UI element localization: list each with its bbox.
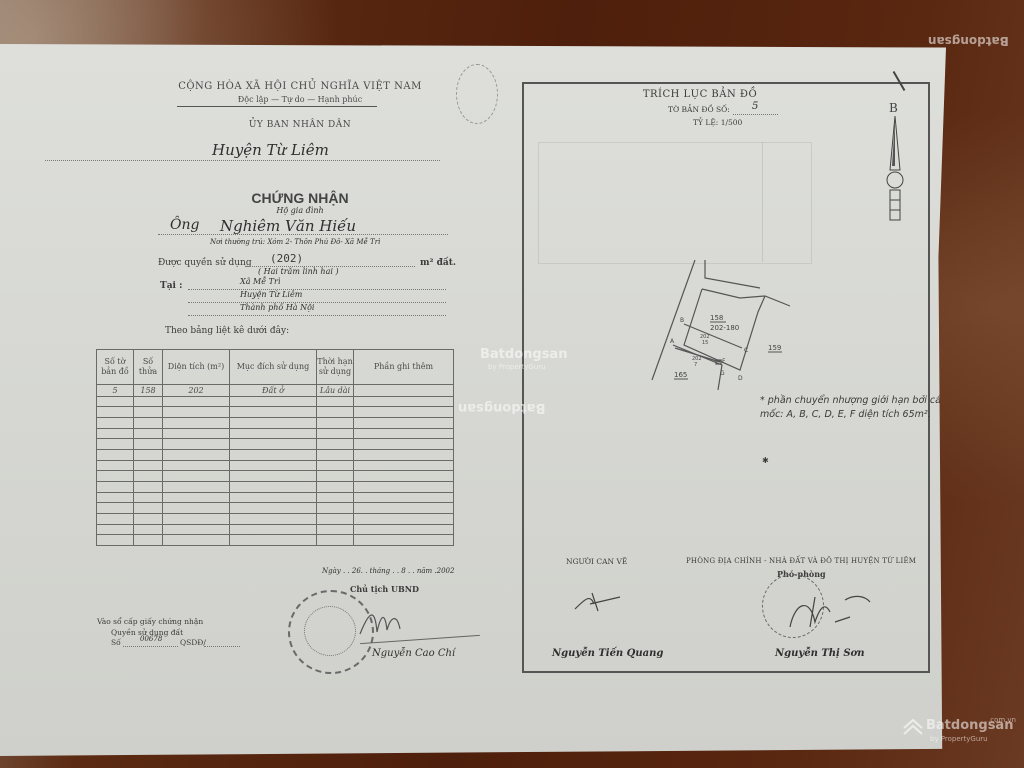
registry-dotline-2 [204,646,240,647]
district-name: Huyện Từ Liêm [212,141,329,159]
watermark-batdongsan-flipped: Batdongsan [458,400,545,415]
col-area: Diện tích (m²) [163,350,230,385]
map-extract-title: TRÍCH LỤC BẢN ĐỒ [600,89,800,100]
area-unit: m² đất. [420,258,456,268]
surveyor-title: NGƯỜI CAN VẼ [566,557,627,566]
table-row: 5 158 202 Đất ở Lâu dài [97,385,454,397]
watermark-bottom-sub: by PropertyGuru [930,735,988,743]
parcel-sketch-diagram: 158 202-180 202 15 202 7 159 165 B A C F… [640,260,810,390]
svg-text:15: 15 [702,340,708,346]
surveyor-name: Nguyễn Tiến Quang [552,648,663,659]
table-row-empty [97,407,454,418]
svg-text:G: G [720,370,725,377]
svg-text:202-180: 202-180 [710,324,739,332]
table-row-empty [97,450,454,461]
residence-text: Nơi thường trú: Xóm 2- Thôn Phú Đô- Xã M… [210,238,380,246]
table-row-empty [97,503,454,514]
svg-text:F: F [722,358,726,365]
national-header: CỘNG HÒA XÃ HỘI CHỦ NGHĨA VIỆT NAM [150,81,450,92]
table-row-empty [97,418,454,429]
registry-line-1: Vào sổ cấp giấy chứng nhận [97,617,203,626]
svg-text:C: C [744,347,748,354]
svg-text:7: 7 [694,362,697,368]
sheet-dotline [733,114,778,115]
official-signature-icon [785,592,875,632]
table-row-empty [97,428,454,439]
signer-title: Chủ tịch UBND [350,584,419,594]
office-title: PHÒNG ĐỊA CHÍNH - NHÀ ĐẤT VÀ ĐÔ THỊ HUYỆ… [686,557,916,565]
certificate-subtitle: Hộ gia đình [150,206,450,215]
official-name: Nguyễn Thị Sơn [775,648,864,659]
owner-prefix: Ông [170,217,199,233]
table-row-empty [97,439,454,450]
cell-duration: Lâu dài [317,385,354,397]
area-value: (202) [270,252,303,265]
faint-bleedthrough-table [538,142,812,264]
svg-text:D: D [738,375,743,382]
national-motto: Độc lập — Tự do — Hạnh phúc [150,95,450,104]
surveyor-signature-icon [570,589,630,614]
registry-suffix: QSDĐ/ [180,638,206,647]
faint-seal-stamp [456,64,498,124]
parcel-number: 158 [710,314,723,322]
issue-date: Ngày . . 26. . tháng . . 8 . . năm .2002 [322,567,454,575]
watermark-sub: by PropertyGuru [488,363,546,371]
svg-text:A: A [670,338,675,345]
signer-name: Nguyễn Cao Chí [372,648,455,659]
location-city: Thành phố Hà Nội [240,303,314,312]
col-purpose: Mục đích sử dụng [230,350,317,385]
chairman-signature-icon [355,604,415,639]
table-row-empty [97,492,454,503]
pen-mark-speck: ✱ [762,456,769,465]
svg-text:B: B [889,101,898,115]
district-dotline [45,160,440,161]
certificate-title: CHỨNG NHẬN [150,190,450,206]
table-header-row: Số tờ bản đồ Số thửa Diện tích (m²) Mục … [97,350,454,385]
location-commune: Xã Mễ Trì [240,277,280,286]
list-intro: Theo bảng liệt kê dưới đây: [165,326,289,336]
table-row-empty [97,460,454,471]
sheet-number: 5 [752,101,758,112]
location-district: Huyện Từ Liêm [240,290,302,299]
svg-text:159: 159 [768,344,781,352]
location-dotline-2 [188,302,446,303]
cell-area: 202 [163,385,230,397]
cell-parcel: 158 [134,385,163,397]
watermark-batdongsan: Batdongsan [480,347,567,362]
cell-notes [354,385,454,397]
sheet-label: TỜ BẢN ĐỒ SỐ: [668,105,730,114]
col-map-sheet: Số tờ bản đồ [97,350,134,385]
right-label: Được quyền sử dụng [158,258,252,268]
col-parcel: Số thửa [134,350,163,385]
registry-dotline-1 [123,646,178,647]
watermark-bottom-right: Batdongsan [926,718,1013,733]
area-words: ( Hai trăm linh hai ) [258,267,339,276]
batdongsan-logo-icon [902,718,924,736]
watermark-top-right: Batdongsan [928,34,1009,48]
owner-dotline [158,234,448,235]
registry-number-label: Số [111,638,121,647]
cell-map-sheet: 5 [97,385,134,397]
table-row-empty [97,513,454,524]
col-duration: Thời hạn sử dụng [317,350,354,385]
faint-divider [762,142,763,262]
svg-text:B: B [680,317,684,324]
header-underline [177,106,377,107]
cell-purpose: Đất ở [230,385,317,397]
svg-text:165: 165 [674,371,687,379]
registry-number: 00678 [140,635,162,643]
map-scale: TỶ LỆ: 1/500 [693,118,742,127]
handwritten-transfer-note: * phần chuyển nhượng giới hạn bởi các mố… [760,394,950,422]
owner-name: Nghiêm Văn Hiếu [220,217,356,235]
land-parcel-table: Số tờ bản đồ Số thửa Diện tích (m²) Mục … [96,349,454,546]
location-dotline-3 [188,315,446,316]
location-label: Tại : [160,281,182,291]
table-row-empty [97,481,454,492]
north-arrow-icon: B [884,100,906,226]
committee-label: ỦY BAN NHÂN DÂN [150,120,450,130]
location-dotline-1 [188,289,446,290]
table-row-empty [97,396,454,407]
col-notes: Phần ghi thêm [354,350,454,385]
table-row-empty [97,524,454,535]
table-row-empty [97,535,454,546]
table-row-empty [97,471,454,482]
